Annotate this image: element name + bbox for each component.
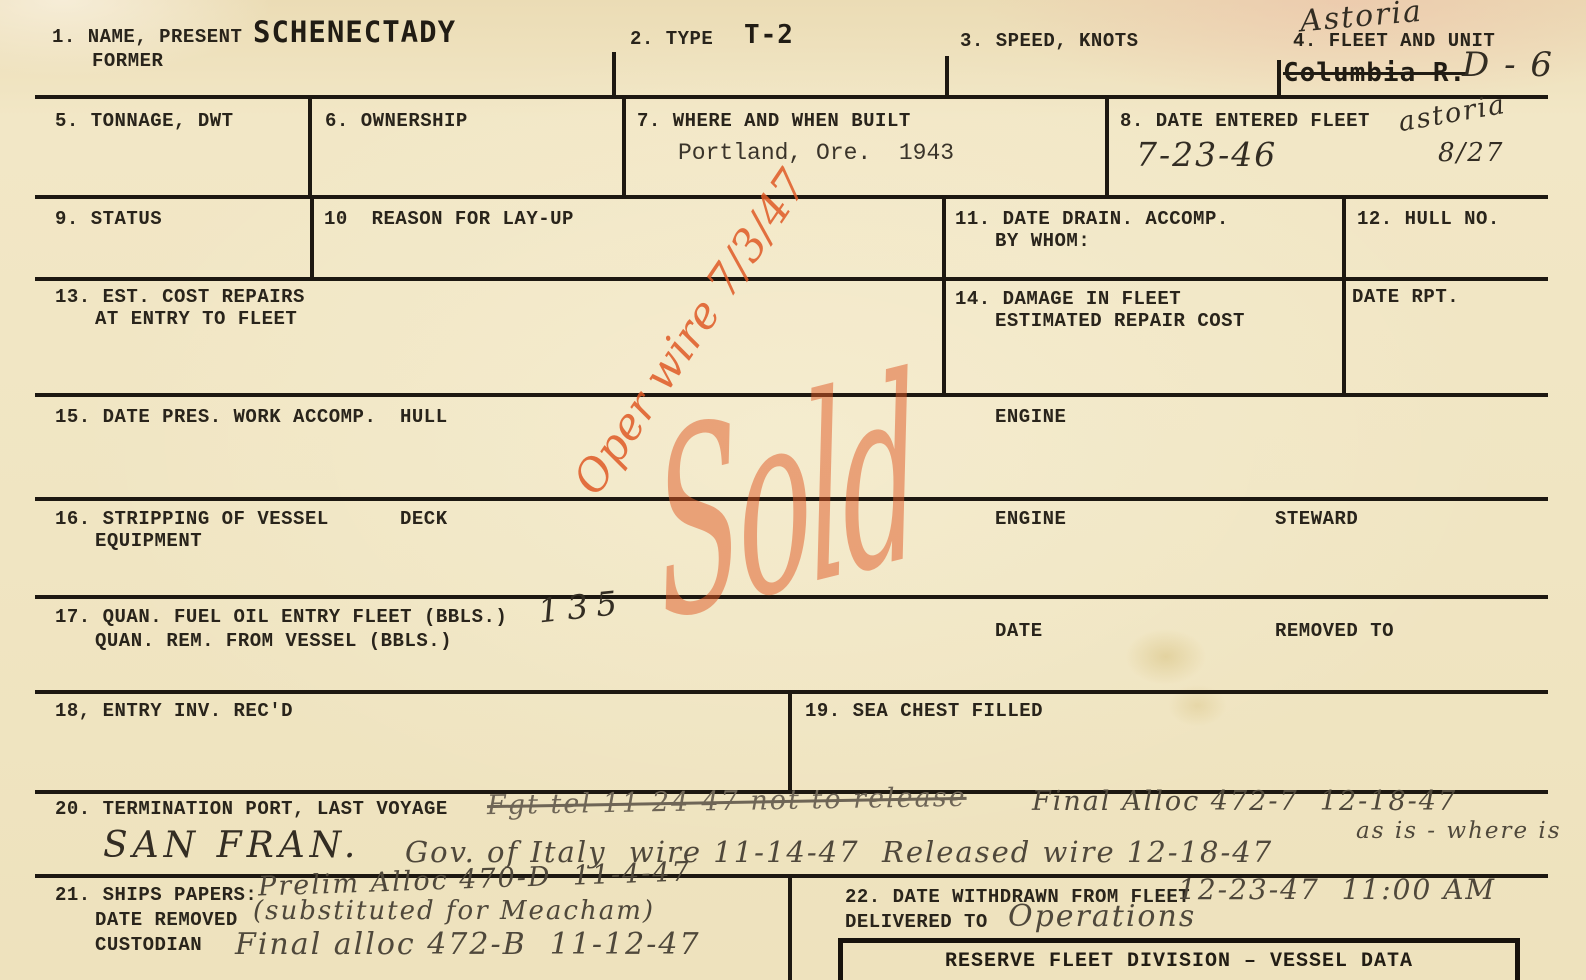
termination-struck-note: Fgt tel 11-24-47 not to release: [487, 784, 967, 819]
grid-line-v: [1105, 95, 1109, 195]
field-16-deck-label: DECK: [400, 508, 448, 531]
field-21-label: 21. SHIPS PAPERS:: [55, 884, 257, 907]
field-11-label2: BY WHOM:: [995, 230, 1090, 253]
date-entered-fleet-note2: 8/27: [1438, 140, 1504, 166]
where-when-built-value: Portland, Ore. 1943: [678, 142, 954, 165]
field-17-date-label: DATE: [995, 620, 1043, 643]
field-5-label: 5. TONNAGE, DWT: [55, 110, 234, 133]
orange-crayon-scrawl: Sold: [648, 344, 924, 659]
fleet-unit-struck-value: Columbia R.: [1283, 60, 1466, 86]
grid-line-v: [945, 56, 949, 95]
ship-name-value: SCHENECTADY: [253, 18, 456, 47]
field-21-label3: CUSTODIAN: [95, 934, 202, 957]
field-16-steward-label: STEWARD: [1275, 508, 1358, 531]
field-20-label: 20. TERMINATION PORT, LAST VOYAGE: [55, 798, 448, 821]
field-13-label2: AT ENTRY TO FLEET: [95, 308, 297, 331]
field-15-hull-label: HULL: [400, 406, 448, 429]
field-14-date-rpt-label: DATE RPT.: [1352, 286, 1459, 309]
grid-line-v: [1277, 60, 1281, 95]
ship-type-value: T-2: [744, 22, 794, 48]
vessel-data-card: 1. NAME, PRESENT FORMER SCHENECTADY 2. T…: [0, 0, 1586, 980]
grid-line-v: [942, 195, 946, 393]
grid-line-h: [35, 277, 1548, 281]
field-15-label: 15. DATE PRES. WORK ACCOMP.: [55, 406, 376, 429]
grid-line-v: [788, 874, 792, 980]
field-10-label: 10 REASON FOR LAY-UP: [324, 208, 574, 231]
field-8-label: 8. DATE ENTERED FLEET: [1120, 110, 1370, 133]
field-11-label: 11. DATE DRAIN. ACCOMP.: [955, 208, 1229, 231]
field-16-engine-label: ENGINE: [995, 508, 1066, 531]
final-alloc-472b-note: Final alloc 472-B 11-12-47: [235, 930, 701, 960]
field-12-label: 12. HULL NO.: [1357, 208, 1500, 231]
fleet-unit-handwritten-value: D - 6: [1462, 48, 1554, 82]
field-6-label: 6. OWNERSHIP: [325, 110, 468, 133]
field-3-label: 3. SPEED, KNOTS: [960, 30, 1139, 53]
field-1-label: 1. NAME, PRESENT: [52, 26, 242, 49]
field-17-removed-to-label: REMOVED TO: [1275, 620, 1394, 643]
fuel-oil-qty-value: 135: [537, 586, 627, 628]
field-17-label2: QUAN. REM. FROM VESSEL (BBLS.): [95, 630, 452, 653]
termination-port-value: SAN FRAN.: [103, 828, 360, 864]
field-21-label2: DATE REMOVED: [95, 909, 238, 932]
substituted-note: (substituted for Meacham): [253, 898, 655, 924]
date-withdrawn-value: 12-23-47 11:00 AM: [1178, 876, 1496, 904]
grid-line-v: [1342, 195, 1346, 393]
grid-line-v: [622, 95, 626, 195]
grid-line-v: [612, 52, 616, 95]
field-14-label: 14. DAMAGE IN FLEET: [955, 288, 1181, 311]
date-entered-fleet-value: 7-23-46: [1136, 138, 1277, 171]
field-2-label: 2. TYPE: [630, 28, 713, 51]
grid-line-v: [788, 690, 792, 790]
as-is-where-is-note: as is - where is: [1356, 820, 1562, 843]
field-13-label: 13. EST. COST REPAIRS: [55, 286, 305, 309]
final-alloc-note: Final Alloc 472-7 12-18-47: [1032, 788, 1457, 815]
field-19-label: 19. SEA CHEST FILLED: [805, 700, 1043, 723]
field-1-label2: FORMER: [92, 50, 163, 73]
field-14-label2: ESTIMATED REPAIR COST: [995, 310, 1245, 333]
field-18-label: 18, ENTRY INV. REC'D: [55, 700, 293, 723]
field-9-label: 9. STATUS: [55, 208, 162, 231]
field-15-engine-label: ENGINE: [995, 406, 1066, 429]
grid-line-h: [35, 95, 1548, 99]
field-22-label2: DELIVERED TO: [845, 911, 988, 934]
grid-line-v: [310, 195, 314, 277]
banner-reserve-fleet-division: RESERVE FLEET DIVISION – VESSEL DATA: [838, 938, 1520, 980]
field-16-label2: EQUIPMENT: [95, 530, 202, 553]
field-17-label: 17. QUAN. FUEL OIL ENTRY FLEET (BBLS.): [55, 606, 507, 629]
grid-line-v: [308, 95, 312, 195]
field-7-label: 7. WHERE AND WHEN BUILT: [637, 110, 911, 133]
delivered-to-value: Operations: [1008, 902, 1196, 932]
field-16-label: 16. STRIPPING OF VESSEL: [55, 508, 329, 531]
